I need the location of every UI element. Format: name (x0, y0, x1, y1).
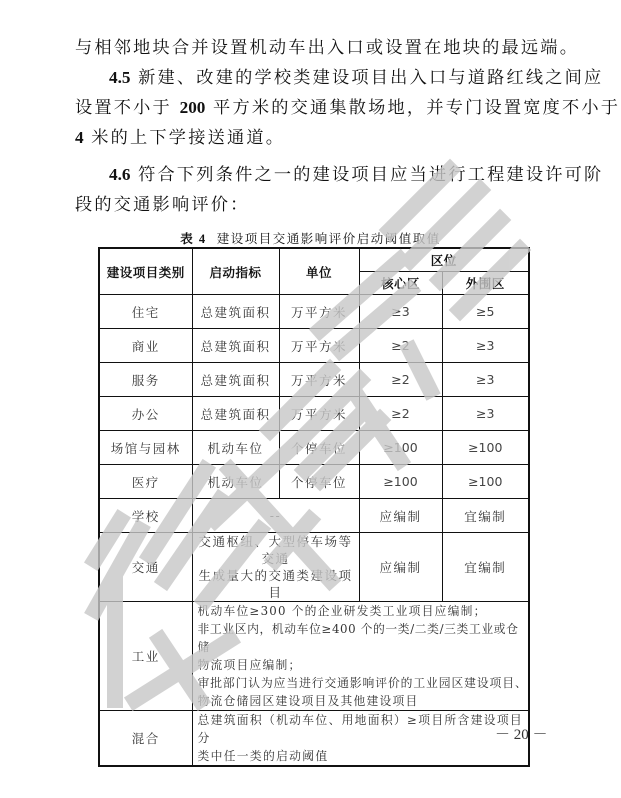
table-row: 办公 总建筑面积 万平方米 ≥2 ≥3 (99, 397, 529, 431)
cell-indicator: -- (192, 499, 359, 533)
cell-indicator: 机动车位 (192, 431, 279, 465)
cell-indicator: 总建筑面积 (192, 329, 279, 363)
cell-unit: 万平方米 (279, 397, 359, 431)
clause-number: 4.6 (109, 165, 130, 184)
clause-4-5-line3: 4 米的上下学接送通道。 (75, 123, 555, 153)
cell-outer: ≥3 (442, 329, 529, 363)
cell-category: 住宅 (99, 295, 192, 329)
cell-core: 应编制 (359, 533, 442, 602)
clause-4-6-line1: 4.6 符合下列条件之一的建设项目应当进行工程建设许可阶 (75, 160, 555, 190)
cell-text-line: 非工业区内，机动车位≥400 个的一类/二类/三类工业或仓储 (198, 620, 529, 656)
cell-core: ≥3 (359, 295, 442, 329)
clause-number: 4.5 (109, 68, 130, 87)
cell-text-line: 类中任一类的启动阈值 (198, 747, 529, 765)
header-category: 建设项目类别 (99, 248, 192, 295)
table-caption: 表 4建设项目交通影响评价启动阈值取值 (0, 229, 621, 247)
page-number: － 20 － (495, 723, 548, 744)
cell-core: 应编制 (359, 499, 442, 533)
header-core: 核心区 (359, 272, 442, 295)
cell-core: ≥100 (359, 465, 442, 499)
cell-category: 工业 (99, 602, 192, 711)
paragraph-continuation: 与相邻地块合并设置机动车出入口或设置在地块的最远端。 (75, 33, 555, 63)
cell-outer: 宜编制 (442, 499, 529, 533)
cell-text-line: 交通枢纽、大型停车场等交通 (193, 533, 359, 567)
cell-indicator: 总建筑面积 (192, 363, 279, 397)
cell-indicator: 机动车位 (192, 465, 279, 499)
cell-unit: 万平方米 (279, 295, 359, 329)
header-unit: 单位 (279, 248, 359, 295)
cell-text-line: 物流仓储园区建设项目及其他建设项目 (198, 692, 529, 710)
table-row-school: 学校 -- 应编制 宜编制 (99, 499, 529, 533)
cell-category: 交通 (99, 533, 192, 602)
cell-industry-criteria: 机动车位≥300 个的企业研发类工业项目应编制； 非工业区内，机动车位≥400 … (192, 602, 529, 711)
cell-core: ≥100 (359, 431, 442, 465)
table-row: 商业 总建筑面积 万平方米 ≥2 ≥3 (99, 329, 529, 363)
table-row: 服务 总建筑面积 万平方米 ≥2 ≥3 (99, 363, 529, 397)
cell-unit: 个停车位 (279, 465, 359, 499)
header-indicator: 启动指标 (192, 248, 279, 295)
cell-unit: 万平方米 (279, 329, 359, 363)
cell-text-line: 总建筑面积（机动车位、用地面积）≥项目所含建设项目分 (198, 711, 529, 747)
cell-indicator: 总建筑面积 (192, 295, 279, 329)
table-row: 场馆与园林 机动车位 个停车位 ≥100 ≥100 (99, 431, 529, 465)
cell-category: 服务 (99, 363, 192, 397)
table-row-traffic: 交通 交通枢纽、大型停车场等交通生成量大的交通类建设项目 应编制 宜编制 (99, 533, 529, 602)
cell-unit: 万平方米 (279, 363, 359, 397)
cell-core: ≥2 (359, 397, 442, 431)
cell-core: ≥2 (359, 363, 442, 397)
cell-outer: 宜编制 (442, 533, 529, 602)
table-row-mixed: 混合 总建筑面积（机动车位、用地面积）≥项目所含建设项目分 类中任一类的启动阈值 (99, 711, 529, 767)
cell-category: 办公 (99, 397, 192, 431)
cell-category: 学校 (99, 499, 192, 533)
cell-outer: ≥3 (442, 397, 529, 431)
clause-4-5-line1: 4.5 新建、改建的学校类建设项目出入口与道路红线之间应 (75, 63, 555, 93)
cell-text-line: 审批部门认为应当进行交通影响评价的工业园区建设项目、 (198, 674, 529, 692)
cell-unit: 个停车位 (279, 431, 359, 465)
cell-indicator: 总建筑面积 (192, 397, 279, 431)
cell-category: 商业 (99, 329, 192, 363)
cell-core: ≥2 (359, 329, 442, 363)
cell-outer: ≥5 (442, 295, 529, 329)
cell-category: 混合 (99, 711, 192, 767)
cell-mixed-criteria: 总建筑面积（机动车位、用地面积）≥项目所含建设项目分 类中任一类的启动阈值 (192, 711, 529, 767)
threshold-table: 建设项目类别 启动指标 单位 区位 核心区 外围区 住宅 总建筑面积 万平方米 … (98, 247, 530, 767)
clause-4-5-line2: 设置不小于 200 平方米的交通集散场地，并专门设置宽度不小于 (75, 93, 555, 123)
cell-outer: ≥3 (442, 363, 529, 397)
cell-text-line: 物流项目应编制； (198, 656, 529, 674)
header-outer: 外围区 (442, 272, 529, 295)
clause-4-6-line2: 段的交通影响评价： (75, 190, 555, 220)
table-row: 医疗 机动车位 个停车位 ≥100 ≥100 (99, 465, 529, 499)
cell-indicator: 交通枢纽、大型停车场等交通生成量大的交通类建设项目 (192, 533, 359, 602)
header-zone: 区位 (359, 248, 529, 272)
cell-category: 场馆与园林 (99, 431, 192, 465)
table-row-industry: 工业 机动车位≥300 个的企业研发类工业项目应编制； 非工业区内，机动车位≥4… (99, 602, 529, 711)
cell-outer: ≥100 (442, 431, 529, 465)
cell-text-line: 机动车位≥300 个的企业研发类工业项目应编制； (198, 602, 529, 620)
cell-outer: ≥100 (442, 465, 529, 499)
cell-category: 医疗 (99, 465, 192, 499)
table-row: 住宅 总建筑面积 万平方米 ≥3 ≥5 (99, 295, 529, 329)
cell-text-line: 生成量大的交通类建设项目 (193, 567, 359, 601)
